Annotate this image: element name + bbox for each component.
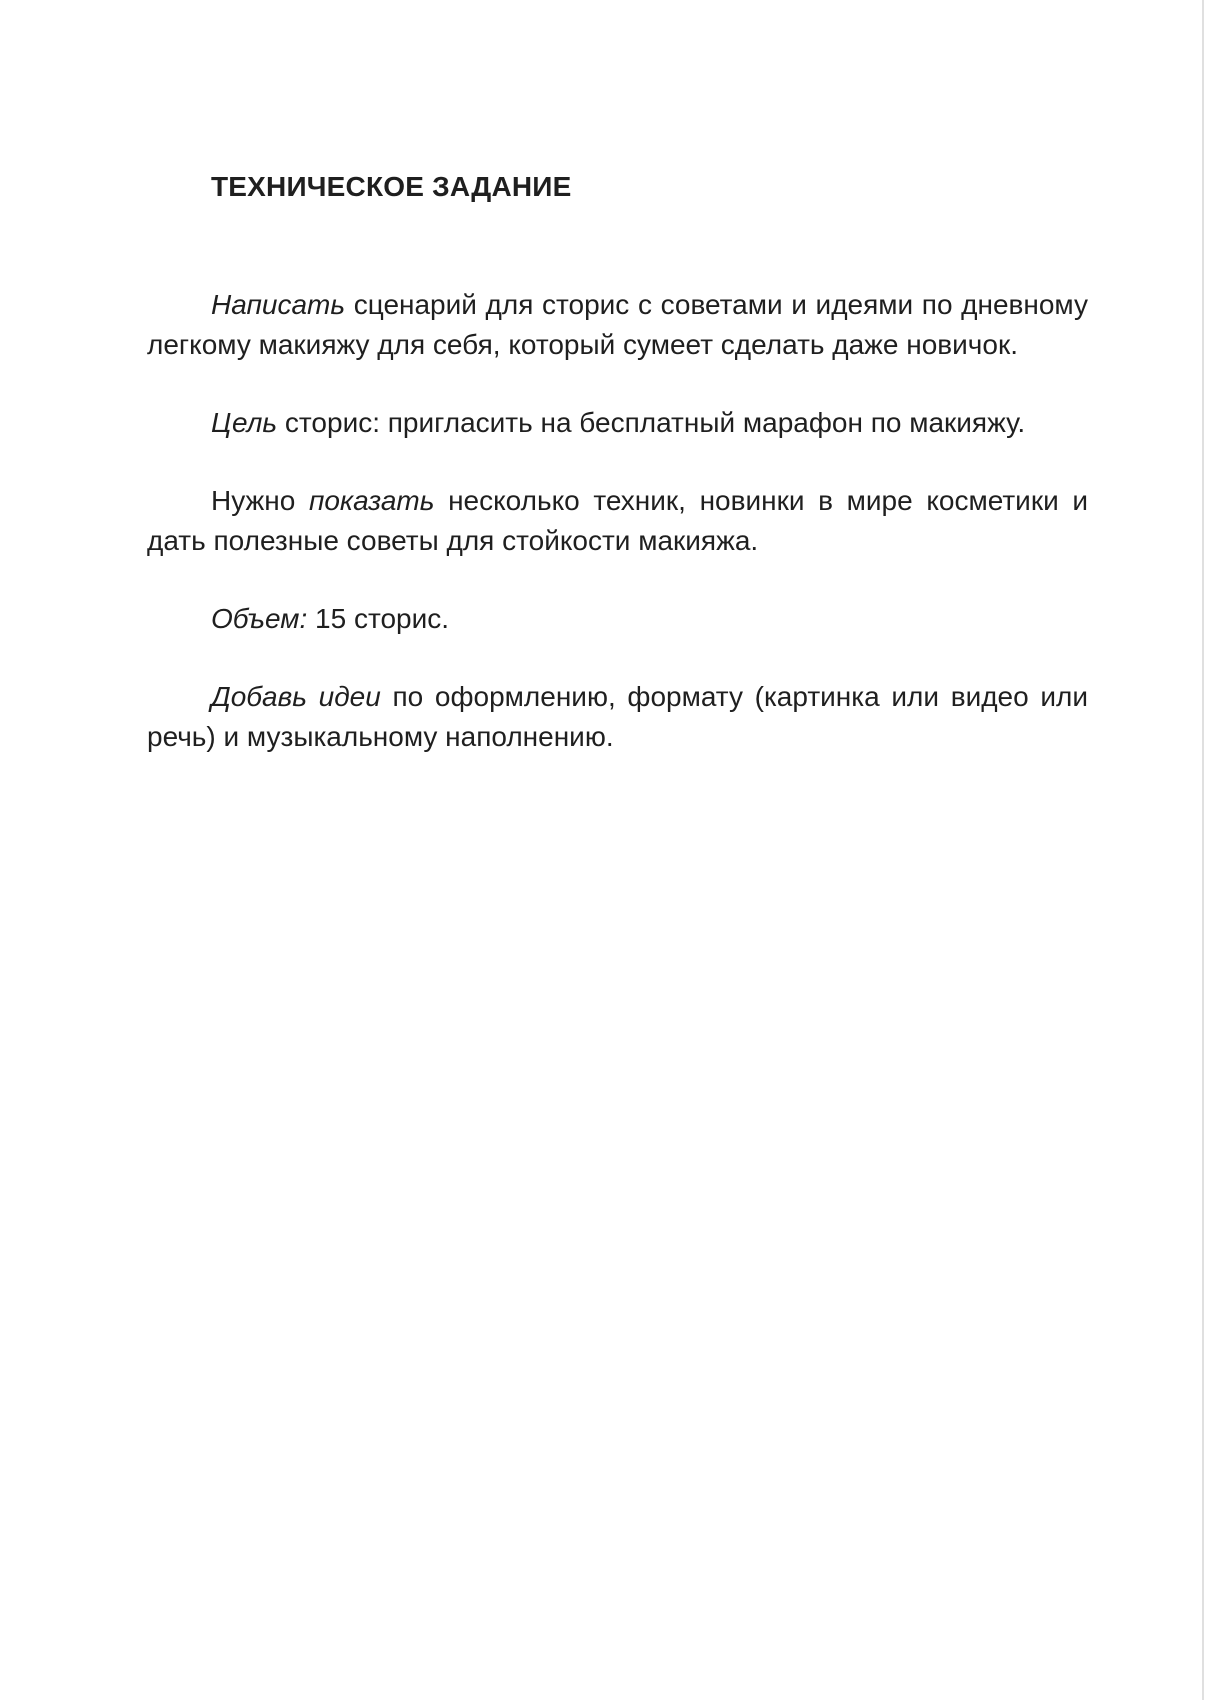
document-page: ТЕХНИЧЕСКОЕ ЗАДАНИЕ Написать сценарий дл…: [0, 0, 1208, 1700]
text-segment: Написать: [211, 289, 345, 320]
text-segment: Объем:: [211, 603, 307, 634]
page-edge-line: [1202, 0, 1204, 1700]
text-segment: Цель: [211, 407, 277, 438]
page-title: ТЕХНИЧЕСКОЕ ЗАДАНИЕ: [211, 167, 1088, 207]
text-segment: Нужно: [211, 485, 309, 516]
text-segment: сторис: пригласить на бесплатный марафон…: [277, 407, 1025, 438]
text-segment: 15 сторис.: [307, 603, 449, 634]
paragraph: Цель сторис: пригласить на бесплатный ма…: [147, 403, 1088, 443]
paragraph: Добавь идеи по оформлению, формату (карт…: [147, 677, 1088, 757]
paragraph: Объем: 15 сторис.: [147, 599, 1088, 639]
paragraph: Написать сценарий для сторис с советами …: [147, 285, 1088, 365]
text-segment: Добавь идеи: [211, 681, 381, 712]
text-segment: показать: [309, 485, 434, 516]
paragraph: Нужно показать несколько техник, новинки…: [147, 481, 1088, 561]
